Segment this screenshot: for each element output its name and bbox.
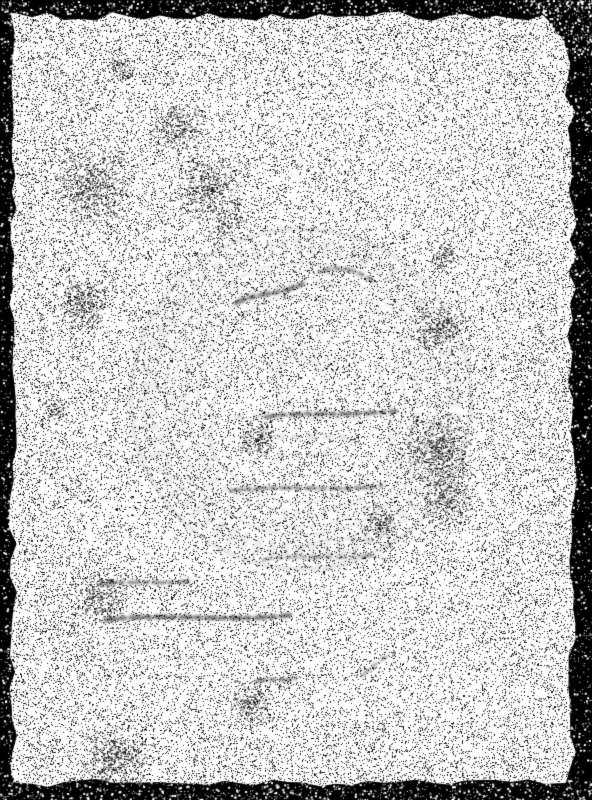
scanned-document-page <box>0 0 592 800</box>
scan-noise-and-border-layer <box>0 0 592 800</box>
